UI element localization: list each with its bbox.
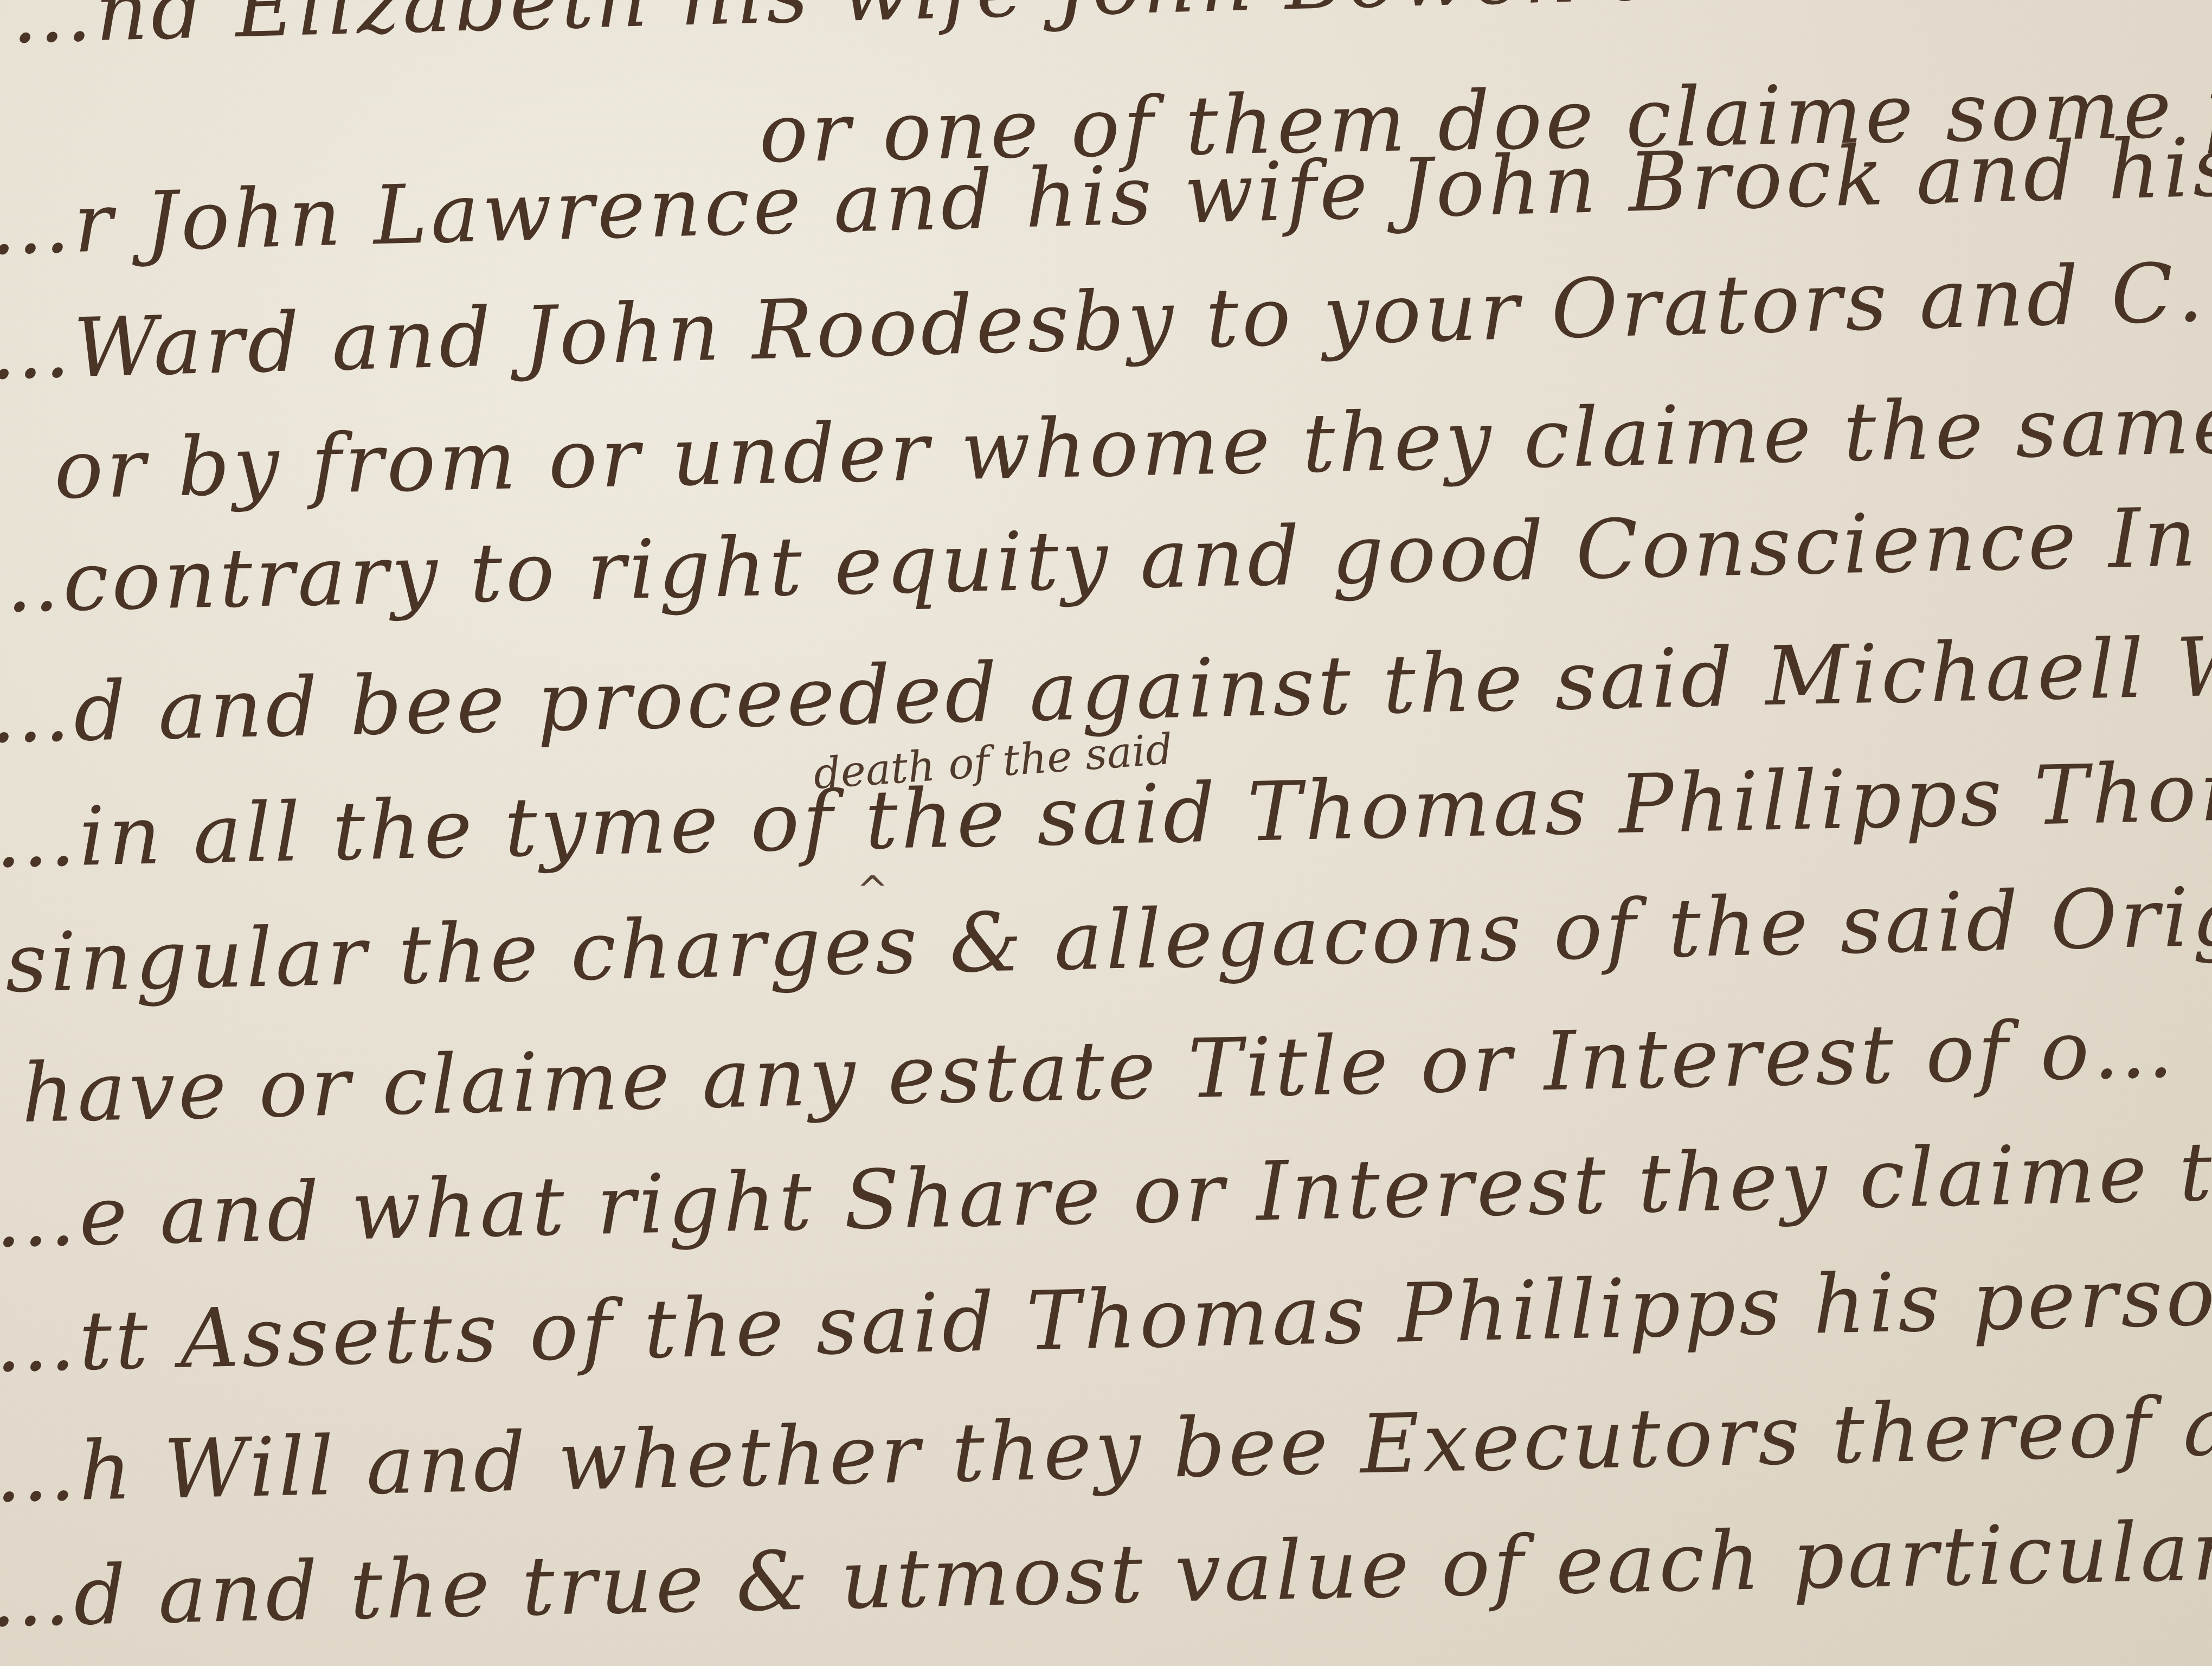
manuscript-line: have or claime any estate Title or Inter…	[21, 1002, 2178, 1141]
manuscript-line: or by from or under whome they claime th…	[53, 374, 2212, 517]
manuscript-line: …h Will and whether they bee Executors t…	[0, 1377, 2212, 1521]
manuscript-line: …nd Elizabeth his wife John Bowen and …	[10, 0, 1887, 62]
manuscript-page: …nd Elizabeth his wife John Bowen and … …	[0, 0, 2212, 1666]
manuscript-line: …tt Assetts of the said Thomas Phillipps…	[0, 1242, 2212, 1391]
manuscript-line: …e and what right Share or Interest they…	[0, 1119, 2212, 1266]
manuscript-line: …d and the true & utmost value of each p…	[0, 1500, 2212, 1645]
manuscript-line: …Ward and John Roodesby to your Orators …	[0, 244, 2212, 398]
manuscript-line: singular the charges & allegacons of the…	[4, 864, 2212, 1011]
